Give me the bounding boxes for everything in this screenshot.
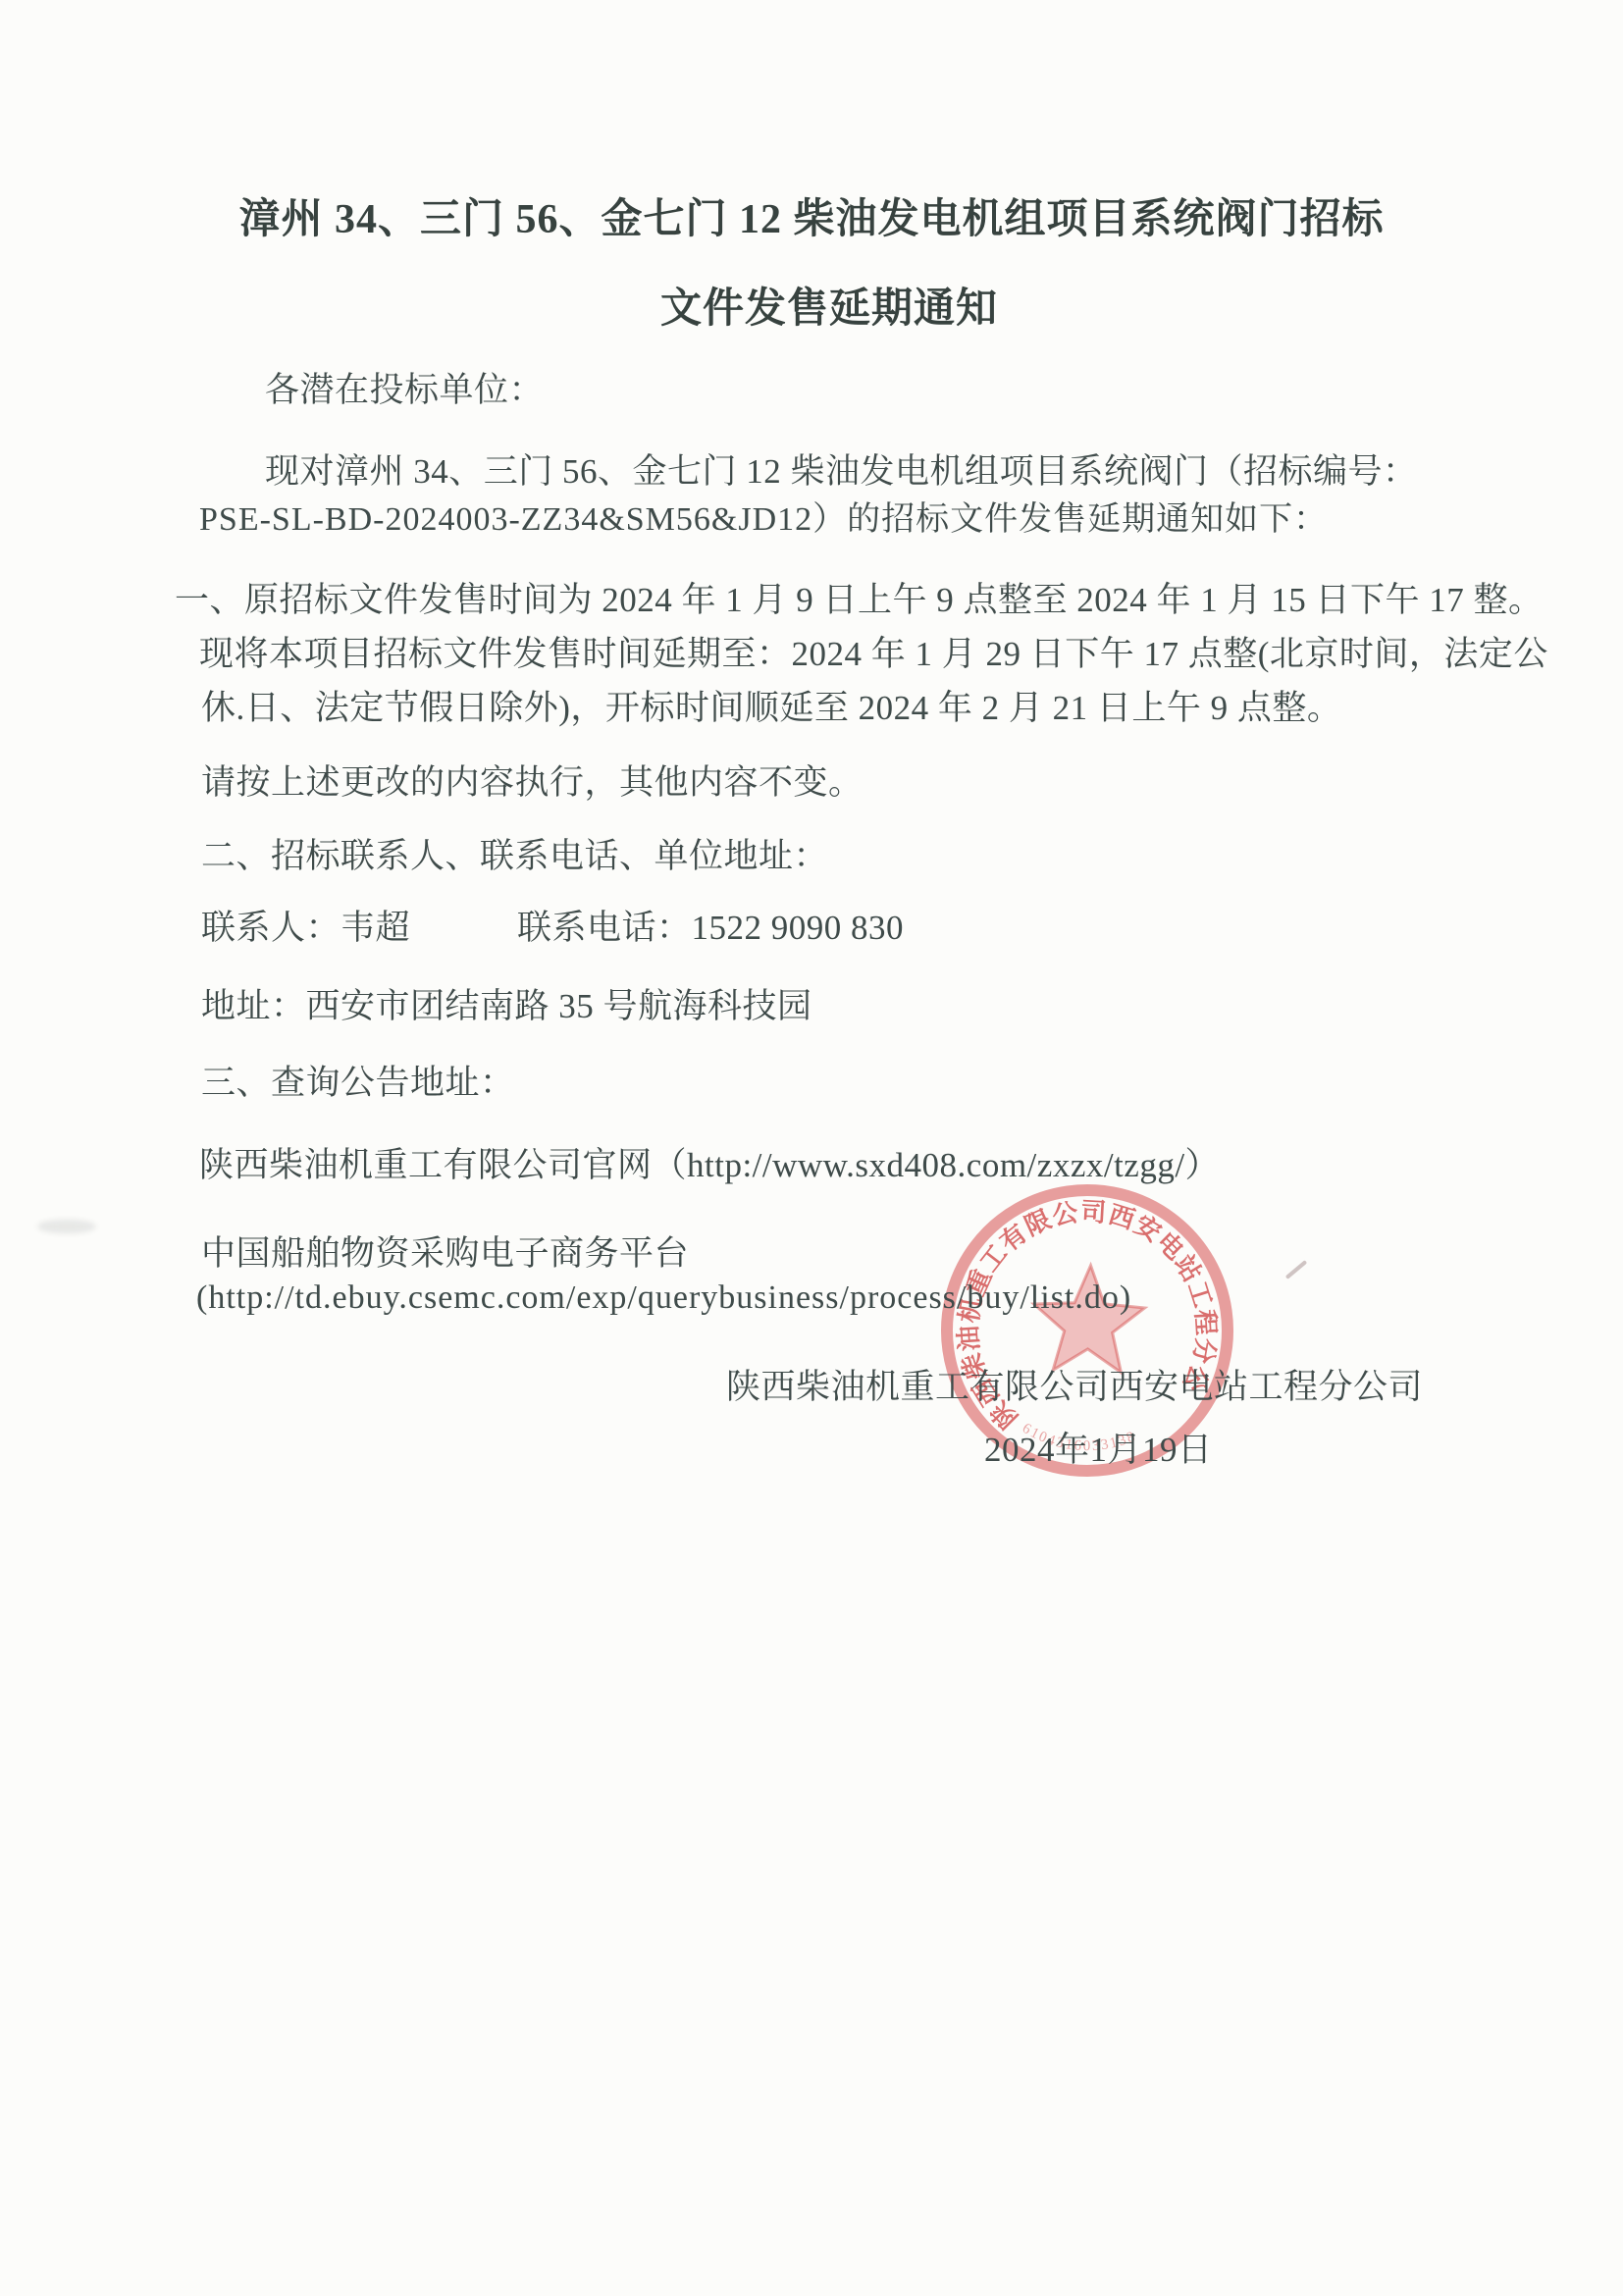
contact-person: 联系人：韦超 bbox=[201, 901, 410, 950]
signature-company: 陕西柴油机重工有限公司西安电站工程分公司 bbox=[726, 1360, 1423, 1409]
contact-phone: 联系电话：1522 9090 830 bbox=[517, 901, 904, 950]
title-line-2: 文件发售延期通知 bbox=[35, 276, 1623, 335]
document-text-layer: 漳州 34、三门 56、金七门 12 柴油发电机组项目系统阀门招标 文件发售延期… bbox=[0, 0, 1623, 2296]
query-link-platform-name: 中国船舶物资采购电子商务平台 bbox=[201, 1226, 689, 1276]
title-line-1: 漳州 34、三门 56、金七门 12 柴油发电机组项目系统阀门招标 bbox=[0, 186, 1623, 245]
query-link-platform-url: (http://td.ebuy.csemc.com/exp/querybusin… bbox=[196, 1279, 1131, 1317]
intro-line-1: 现对漳州 34、三门 56、金七门 12 柴油发电机组项目系统阀门（招标编号： bbox=[265, 444, 1418, 494]
salutation: 各潜在投标单位： bbox=[265, 363, 544, 412]
section1-line-3: 休.日、法定节假日除外)，开标时间顺延至 2024 年 2 月 21 日上午 9… bbox=[201, 681, 1341, 730]
signature-date: 2024年1月19日 bbox=[984, 1423, 1213, 1472]
section1-line-1: 一、原招标文件发售时间为 2024 年 1 月 9 日上午 9 点整至 2024… bbox=[175, 573, 1544, 622]
intro-line-2-tender-number: PSE-SL-BD-2024003-ZZ34&SM56&JD12）的招标文件发售… bbox=[199, 492, 1328, 540]
scanned-document-page: 陕西柴油机重工有限公司西安电站工程分公司 6104316033138 漳州 34… bbox=[0, 0, 1623, 2296]
address-line: 地址：西安市团结南路 35 号航海科技园 bbox=[201, 979, 812, 1028]
section3-heading: 三、查询公告地址： bbox=[201, 1056, 515, 1105]
query-link-official-site: 陕西柴油机重工有限公司官网（http://www.sxd408.com/zxzx… bbox=[199, 1138, 1220, 1187]
section2-heading: 二、招标联系人、联系电话、单位地址： bbox=[201, 829, 828, 878]
section1-line-2: 现将本项目招标文件发售时间延期至：2024 年 1 月 29 日下午 17 点整… bbox=[199, 627, 1548, 676]
notice-line: 请按上述更改的内容执行，其他内容不变。 bbox=[201, 756, 864, 805]
